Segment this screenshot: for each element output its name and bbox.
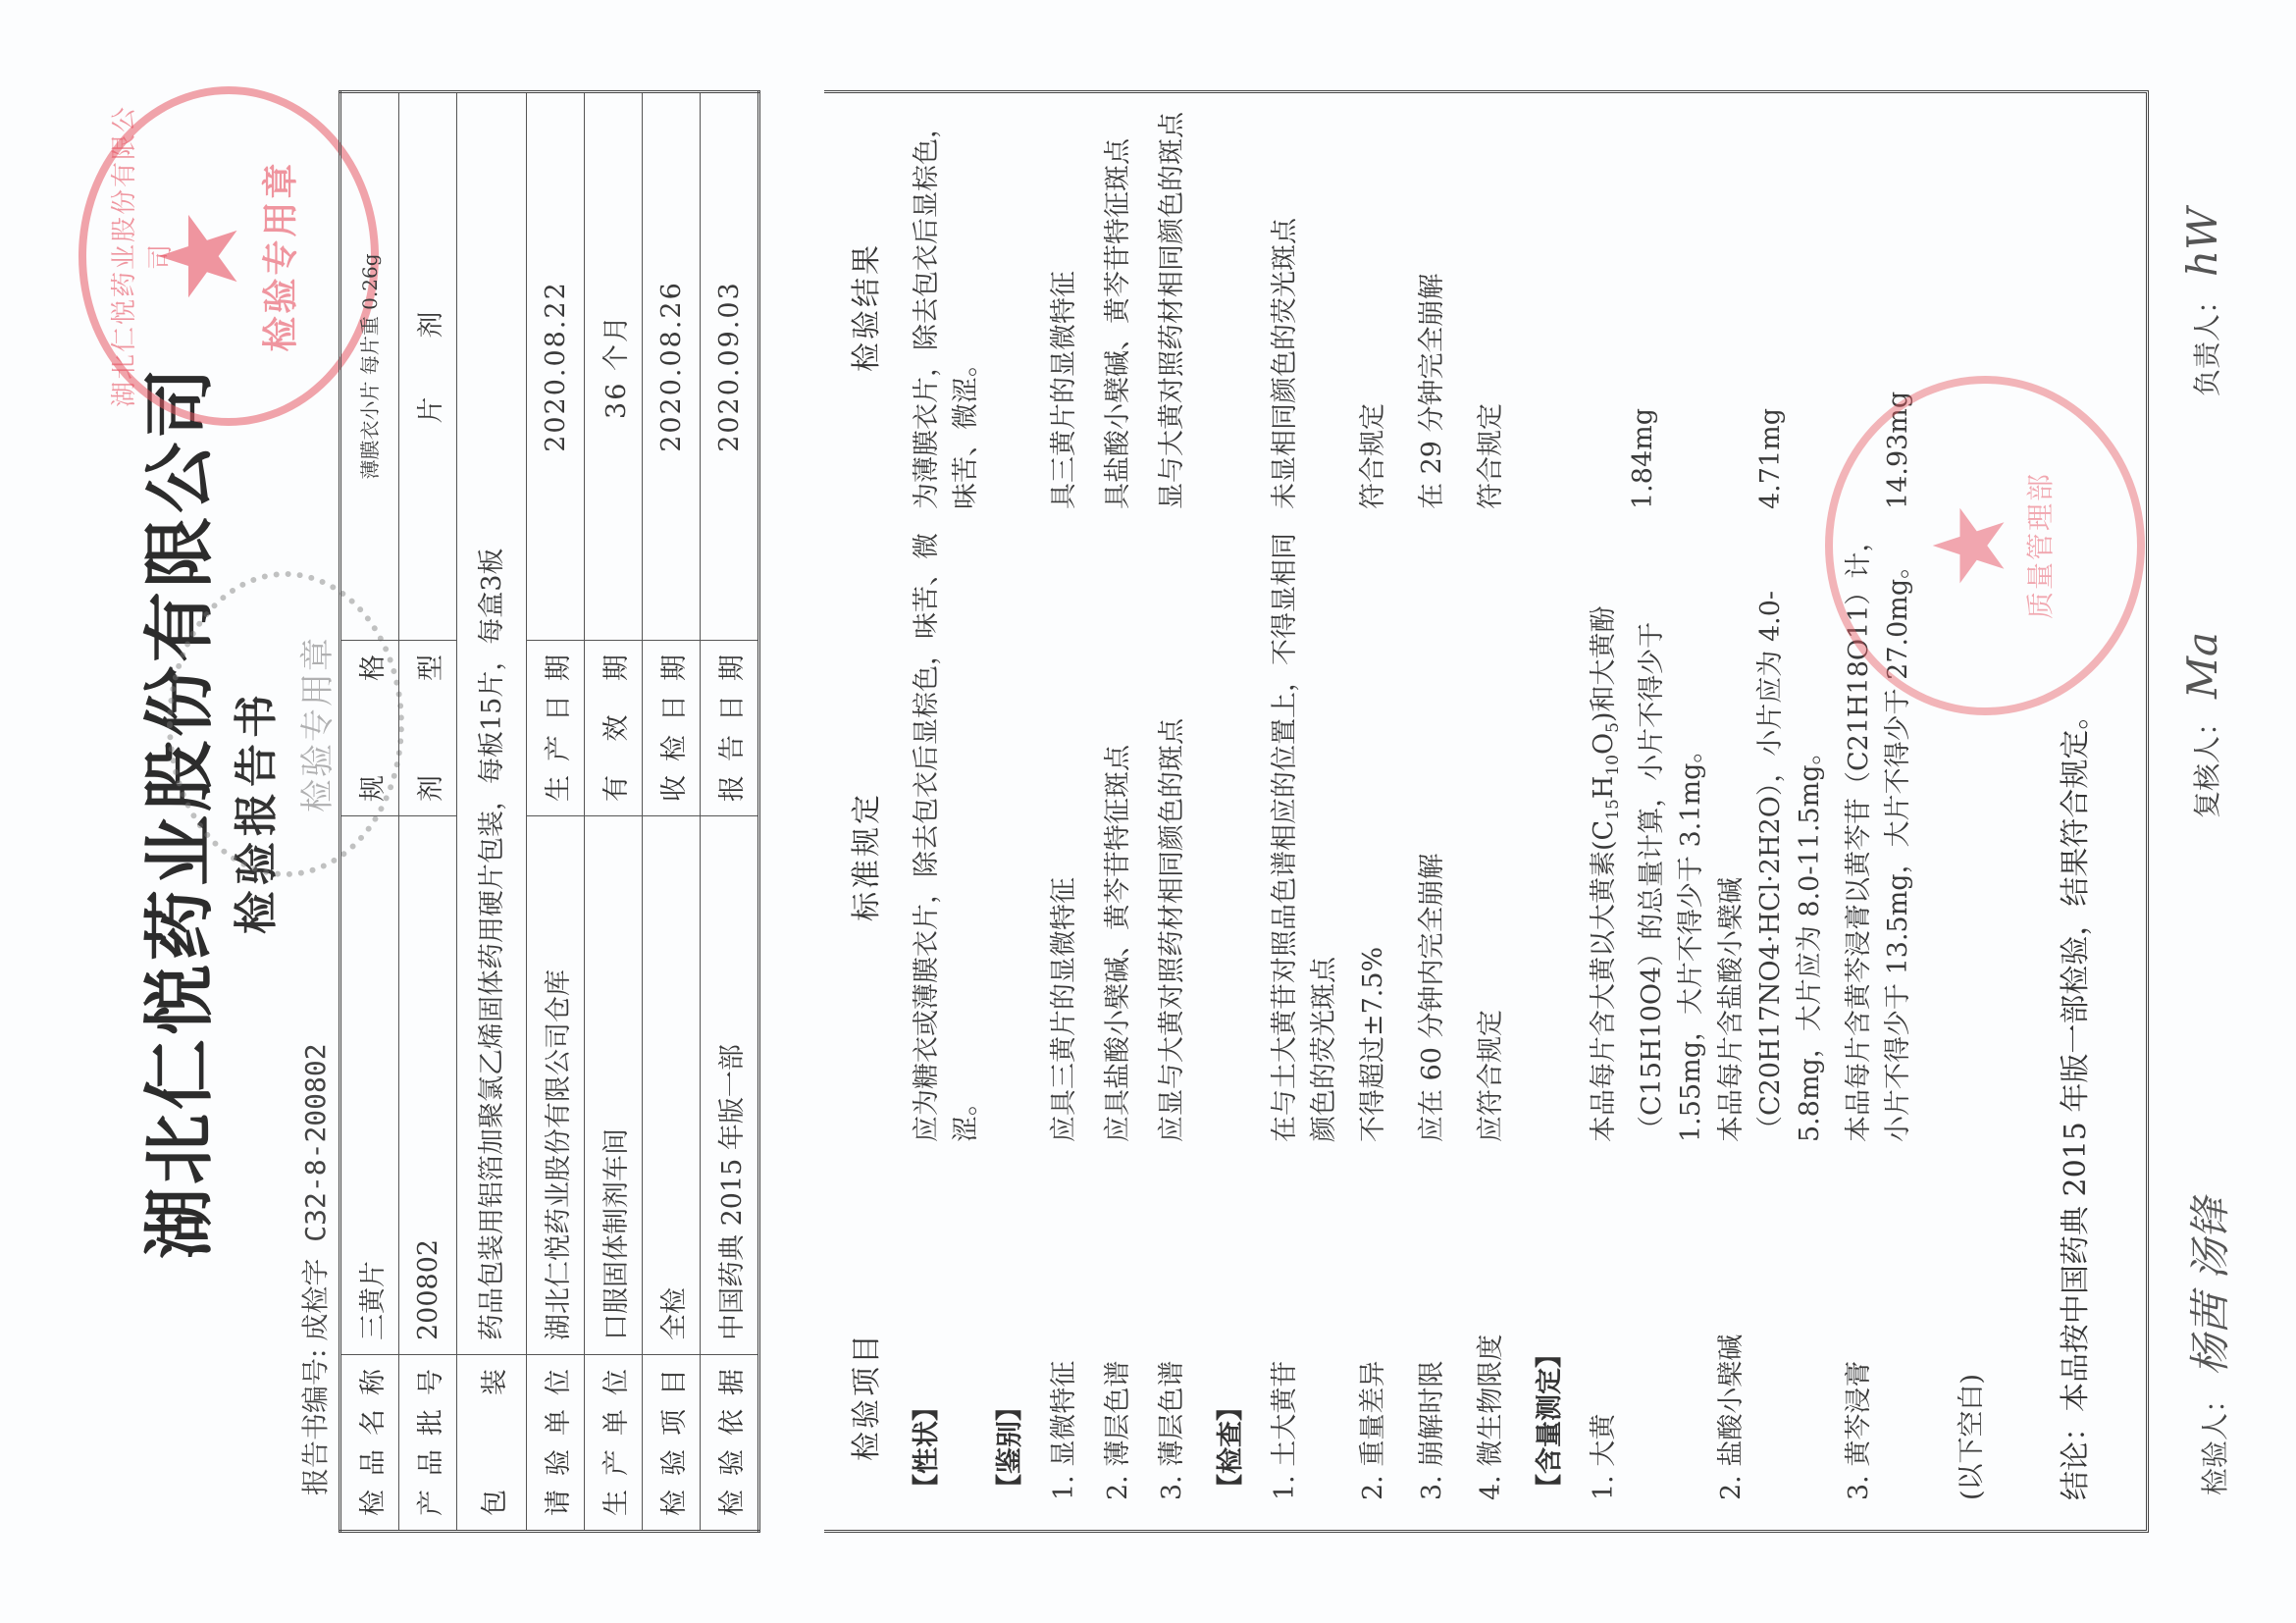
producer-label: 生产单位 — [585, 1355, 643, 1532]
ex3-result: 在 29 分钟完全崩解 — [1413, 97, 1452, 509]
id3-result: 显与大黄对照药材相同颜色的斑点 — [1153, 97, 1192, 509]
subscript: 10 — [1603, 755, 1623, 776]
product-name-label: 检品名称 — [340, 1355, 399, 1532]
as3-item: 3. 黄芩浸膏 — [1840, 1167, 1879, 1500]
column-header-standard: 标准规定 — [842, 792, 885, 921]
dosage-label: 剂 型 — [399, 641, 457, 816]
dosage-value: 片 剂 — [399, 92, 457, 641]
section-assay: 【含量测定】 — [1531, 1167, 1570, 1500]
column-header-item: 检验项目 — [842, 1332, 885, 1461]
basis-value: 中国药典 2015 年版一部 — [701, 816, 759, 1355]
as2-result: 4.71mg — [1751, 97, 1791, 509]
requester-value: 湖北仁悦药业股份有限公司仓库 — [527, 816, 585, 1355]
conclusion: 结论：本品按中国药典 2015 年版一部检验，结果符合规定。 — [2051, 701, 2094, 1500]
report-date-label: 报告日期 — [701, 641, 759, 816]
ex2-result: 符合规定 — [1354, 97, 1393, 509]
section-character: 【性状】 — [908, 1167, 947, 1500]
id2-standard: 应具盐酸小檗碱、黄芩苷特征斑点 — [1099, 514, 1138, 1142]
ex1-result: 未显相同颜色的荧光斑点 — [1266, 97, 1305, 509]
ex4-item: 4. 微生物限度 — [1472, 1167, 1511, 1500]
items-label: 检验项目 — [643, 1355, 701, 1532]
id1-result: 具三黄片的显微特征 — [1045, 97, 1084, 509]
subscript: 5 — [1603, 722, 1623, 733]
report-date-value: 2020.09.03 — [701, 92, 759, 641]
as2-standard: 本品每片含盐酸小檗碱（C20H17NO4·HCl·2H2O），小片应为 4.0-… — [1712, 514, 1830, 1142]
id1-item: 1. 显微特征 — [1045, 1167, 1084, 1500]
reviewer-signature: 复核人：Ma — [2178, 632, 2226, 818]
basis-label: 检验依据 — [701, 1355, 759, 1532]
supervisor-signature: 负责人：hW — [2178, 208, 2226, 396]
product-name-value: 三黄片 — [340, 816, 399, 1355]
subscript: 15 — [1603, 799, 1623, 820]
column-header-result: 检验结果 — [842, 242, 885, 372]
requester-label: 请验单位 — [527, 1355, 585, 1532]
id3-standard: 应显与大黄对照药材相同颜色的斑点 — [1153, 514, 1192, 1142]
id1-standard: 应具三黄片的显微特征 — [1045, 514, 1084, 1142]
id2-item: 2. 薄层色谱 — [1099, 1167, 1138, 1500]
items-value: 全检 — [643, 816, 701, 1355]
report-number: 报告书编号:成检字 C32-8-200802 — [294, 1043, 334, 1495]
report-seal-text: 检验专用章 — [290, 577, 339, 871]
seal-bottom-text: 检验专用章 — [253, 94, 303, 418]
blank-note: (以下空白) — [1953, 1167, 1992, 1500]
as1-result: 1.84mg — [1624, 97, 1663, 509]
as1-standard-text: O — [1589, 733, 1619, 755]
section-examination: 【检查】 — [1212, 1167, 1251, 1500]
supervisor-label: 负责人： — [2191, 287, 2223, 396]
character-result: 为薄膜衣片，除去包衣后显棕色，味苦、微涩。 — [908, 97, 986, 509]
as1-item: 1. 大黄 — [1585, 1167, 1624, 1500]
ex2-item: 2. 重量差异 — [1354, 1167, 1393, 1500]
mfg-date-label: 生产日期 — [527, 641, 585, 816]
as1-standard: 本品每片含大黄以大黄素(C15H10O5)和大黄酚（C15H10O4）的总量计算… — [1585, 514, 1711, 1142]
as1-standard-text: H — [1589, 776, 1619, 800]
inspector-signature: 检验人：杨茜 汤锋 — [2178, 1198, 2237, 1495]
ex1-item: 1. 土大黄苷 — [1266, 1167, 1305, 1500]
ex4-standard: 应符合规定 — [1472, 514, 1511, 1142]
test-results-section: 检验项目 标准规定 检验结果 【性状】 应为糖衣或薄膜衣片，除去包衣后显棕色，味… — [824, 90, 2149, 1533]
reviewer-label: 复核人： — [2191, 708, 2223, 818]
batch-value: 200802 — [399, 816, 457, 1355]
ex1-standard: 在与土大黄苷对照品色谱相应的位置上，不得显相同颜色的荧光斑点 — [1266, 514, 1344, 1142]
ex2-standard: 不得超过±7.5% — [1354, 514, 1393, 1142]
spec-value: 薄膜衣小片 每片重 0.26g — [340, 92, 399, 641]
package-value: 药品包装用铝箔加聚氯乙烯固体药用硬片包装，每板15片，每盒3板 — [457, 92, 527, 1355]
spec-label: 规 格 — [340, 641, 399, 816]
ex4-result: 符合规定 — [1472, 97, 1511, 509]
as2-item: 2. 盐酸小檗碱 — [1712, 1167, 1751, 1500]
mfg-date-value: 2020.08.22 — [527, 92, 585, 641]
report-info-table: 检品名称 三黄片 规 格 薄膜衣小片 每片重 0.26g 产品批号 200802… — [339, 90, 760, 1533]
report-number-value: 成检字 C32-8-200802 — [299, 1043, 332, 1340]
quality-seal-stamp: ★ 质量管理部 — [1825, 376, 2145, 715]
star-icon: ★ — [1921, 384, 2019, 707]
quality-seal-text: 质量管理部 — [2019, 384, 2059, 707]
package-label: 包 装 — [457, 1355, 527, 1532]
section-identification: 【鉴别】 — [991, 1167, 1030, 1500]
inspection-report-page: 湖北仁悦药业股份有限公司 检验报告书 报告书编号:成检字 C32-8-20080… — [0, 0, 2296, 1623]
seal-arc-text: 湖北仁悦药业股份有限公司 — [104, 94, 177, 418]
ex3-item: 3. 崩解时限 — [1413, 1167, 1452, 1500]
validity-value: 36 个月 — [585, 92, 643, 641]
character-standard: 应为糖衣或薄膜衣片，除去包衣后显棕色，味苦、微涩。 — [908, 514, 986, 1142]
batch-label: 产品批号 — [399, 1355, 457, 1532]
reviewer-handwriting: Ma — [2178, 632, 2226, 699]
report-number-label: 报告书编号: — [299, 1349, 332, 1495]
supervisor-handwriting: hW — [2178, 208, 2226, 277]
inspector-label: 检验人： — [2199, 1386, 2231, 1495]
validity-label: 有 效 期 — [585, 641, 643, 816]
company-seal-stamp: 湖北仁悦药业股份有限公司 ★ 检验专用章 — [78, 86, 379, 426]
ex3-standard: 应在 60 分钟内完全崩解 — [1413, 514, 1452, 1142]
received-date-label: 收检日期 — [643, 641, 701, 816]
as1-standard-text: 本品每片含大黄以大黄素(C — [1589, 820, 1619, 1142]
producer-value: 口服固体制剂车间 — [585, 816, 643, 1355]
id3-item: 3. 薄层色谱 — [1153, 1167, 1192, 1500]
received-date-value: 2020.08.26 — [643, 92, 701, 641]
id2-result: 具盐酸小檗碱、黄芩苷特征斑点 — [1099, 97, 1138, 509]
inspector-handwriting: 杨茜 汤锋 — [2186, 1198, 2234, 1376]
